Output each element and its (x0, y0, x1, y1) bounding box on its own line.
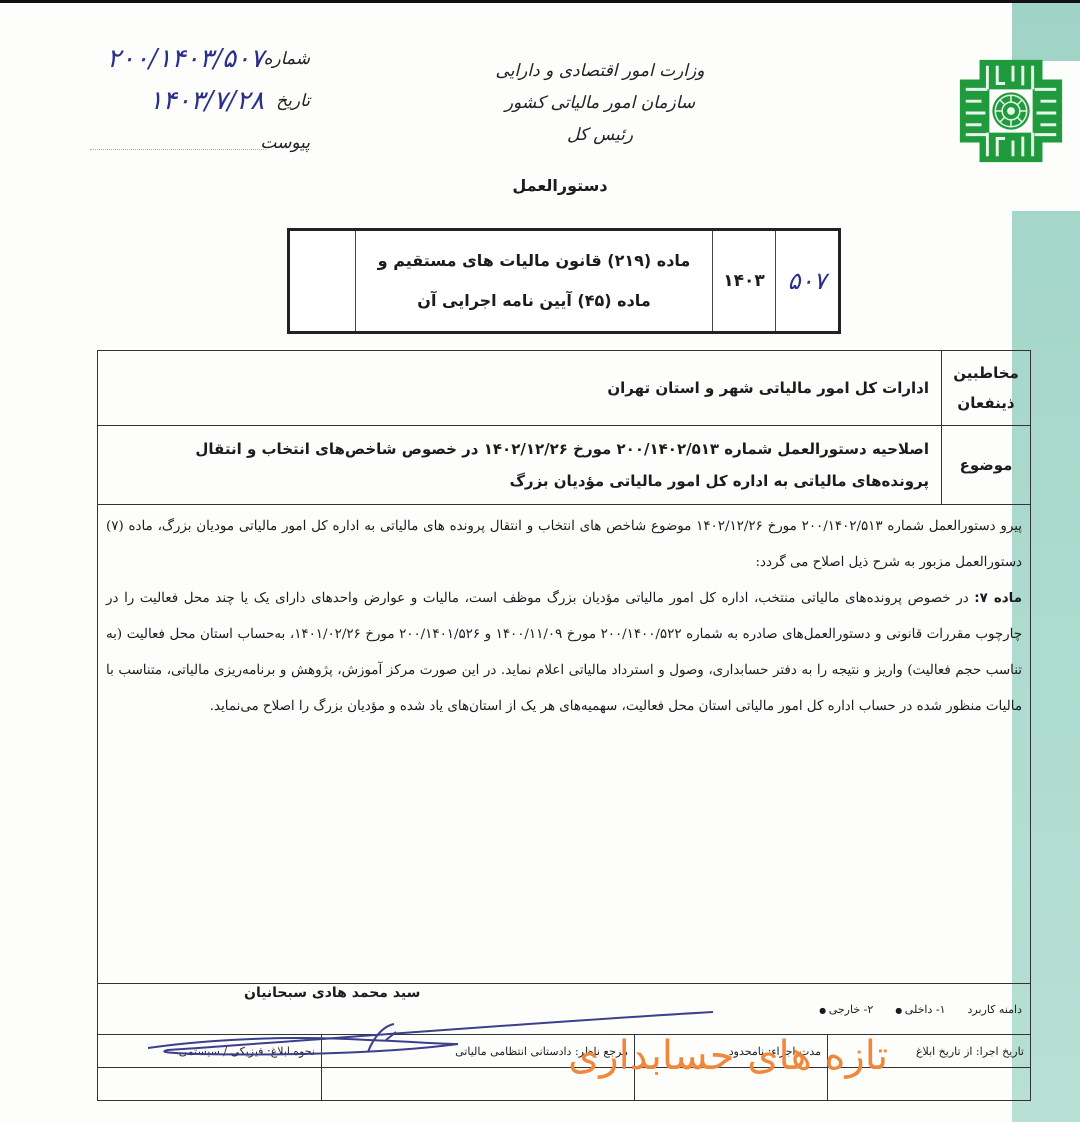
reference-year: ۱۴۰۳ (712, 231, 775, 331)
office-title: رئیس کل (470, 119, 730, 151)
subject-label: موضوع (941, 426, 1030, 504)
inta-logo-icon (950, 52, 1072, 170)
top-border (0, 0, 1080, 3)
article-label: ماده ۷: (974, 591, 1022, 606)
empty-cell (98, 1068, 321, 1100)
scope-option-internal: ۱- داخلی (895, 1003, 945, 1016)
number-label: شماره (270, 49, 310, 69)
ministry-name: وزارت امور اقتصادی و دارایی (470, 55, 730, 87)
subject-line-2: پرونده‌های مالیاتی به اداره کل امور مالی… (110, 465, 929, 497)
body-section: پیرو دستورالعمل شماره ۲۰۰/۱۴۰۲/۵۱۳ مورخ … (98, 505, 1030, 984)
subject-row: موضوع اصلاحیه دستورالعمل شماره ۲۰۰/۱۴۰۲/… (98, 426, 1030, 505)
scope-label: دامنه کاربرد (968, 1003, 1023, 1016)
signatory-name: سید محمد هادی سبحانیان (244, 985, 420, 1001)
organization-name: سازمان امور مالیاتی کشور (470, 87, 730, 119)
letter-number-row: شماره ۲۰۰/۱۴۰۳/۵۰۷ (70, 38, 310, 80)
reference-title-line-2: ماده (۴۵) آیین نامه اجرایی آن (417, 281, 650, 321)
audience-label-line-1: مخاطبین (953, 358, 1019, 388)
audience-value: ادارات کل امور مالیاتی شهر و استان تهران (98, 351, 941, 425)
attachment-row: پیوست (70, 122, 310, 164)
letter-metadata: شماره ۲۰۰/۱۴۰۳/۵۰۷ تاریخ ۱۴۰۳/۷/۲۸ پیوست (70, 38, 310, 164)
date-label: تاریخ (270, 91, 310, 111)
ministry-header: وزارت امور اقتصادی و دارایی سازمان امور … (470, 55, 730, 151)
reference-title-line-1: ماده (۲۱۹) قانون مالیات های مستقیم و (378, 241, 691, 281)
subject-line-1: اصلاحیه دستورالعمل شماره ۲۰۰/۱۴۰۲/۵۱۳ مو… (110, 433, 929, 465)
intro-paragraph: پیرو دستورالعمل شماره ۲۰۰/۱۴۰۲/۵۱۳ مورخ … (106, 509, 1022, 581)
letter-number: ۲۰۰/۱۴۰۳/۵۰۷ (107, 44, 264, 74)
body-text: پیرو دستورالعمل شماره ۲۰۰/۱۴۰۲/۵۱۳ مورخ … (98, 505, 1030, 725)
audience-row: مخاطبین ذینفعان ادارات کل امور مالیاتی ش… (98, 351, 1030, 426)
letter-date-row: تاریخ ۱۴۰۳/۷/۲۸ (70, 80, 310, 122)
reference-title: ماده (۲۱۹) قانون مالیات های مستقیم و ماد… (355, 231, 712, 331)
attachment-label: پیوست (270, 133, 310, 153)
audience-label-line-2: ذینفعان (957, 388, 1014, 418)
subject-value: اصلاحیه دستورالعمل شماره ۲۰۰/۱۴۰۲/۵۱۳ مو… (98, 426, 941, 504)
attachment-line (90, 149, 266, 150)
reference-box: ۵۰۷ ۱۴۰۳ ماده (۲۱۹) قانون مالیات های مست… (287, 228, 841, 334)
letter-date: ۱۴۰۳/۷/۲۸ (149, 86, 264, 116)
instruction-table: مخاطبین ذینفعان ادارات کل امور مالیاتی ش… (97, 350, 1031, 1101)
footer-empty-row (98, 1068, 1030, 1101)
article-paragraph: ماده ۷: در خصوص پرونده‌های مالیاتی منتخب… (106, 581, 1022, 725)
document-type: دستورالعمل (470, 176, 650, 195)
reference-empty-cell (290, 231, 355, 331)
reference-number: ۵۰۷ (775, 231, 838, 331)
scope-option-external: ۲- خارجی (819, 1003, 873, 1016)
article-text: در خصوص پرونده‌های مالیاتی منتخب، اداره … (106, 591, 1022, 714)
watermark-text: تازه های حسابداری (568, 1033, 888, 1079)
audience-label: مخاطبین ذینفعان (941, 351, 1030, 425)
